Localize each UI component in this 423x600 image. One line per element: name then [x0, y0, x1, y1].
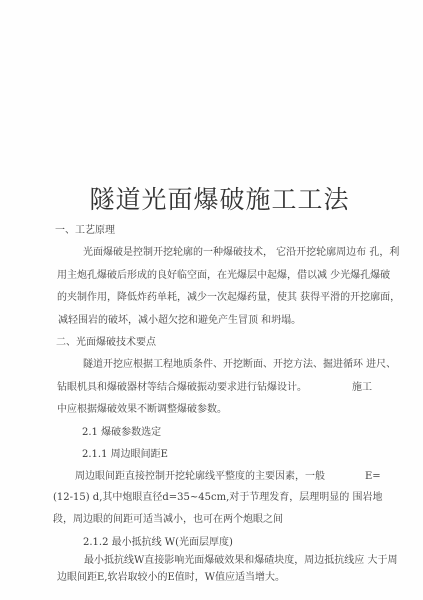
sub-heading-blast-parameters: 2.1 爆破参数选定	[82, 426, 161, 440]
paragraph-line: 的夹制作用，降低炸药单耗，减少一次起爆药量，使其 获得平滑的开挖廓面，	[57, 291, 400, 305]
paragraph-line: 隧道开挖应根据工程地质条件、开挖断面、开挖方法、掘进循环 进尺、	[83, 358, 396, 372]
paragraph-line: 中应根据爆破效果不断调整爆破参数。	[57, 403, 227, 417]
section-heading-technical-points: 二、光面爆破技术要点	[56, 336, 156, 350]
paragraph-line: 段，周边眼的间距可适当减小，也可在两个炮眼之间	[53, 513, 283, 527]
paragraph-line: 减轻围岩的破坏，减小超欠挖和避免产生冒顶 和坍塌。	[58, 314, 301, 328]
document-title: 隧道光面爆破施工工法	[8, 180, 423, 216]
paragraph-line: 周边眼间距直接控制开挖轮廓线平整度的主要因素，一般 E=	[75, 470, 381, 484]
paragraph-line: 光面爆破是控制开挖轮廓的一种爆破技术， 它沿开挖轮廓周边布 孔，利	[83, 246, 399, 260]
paragraph-line: (12-15) d,其中炮眼直径d=35~45cm,对于节理发育，层理明显的 围…	[53, 491, 382, 505]
sub-heading-minimum-resistance-line: 2.1.2 最小抵抗线 W(光面层厚度)	[83, 536, 233, 550]
document-page: 隧道光面爆破施工工法 一、工艺原理 光面爆破是控制开挖轮廓的一种爆破技术， 它沿…	[0, 0, 423, 600]
paragraph-line: 边眼间距E,软岩取较小的E值时，W值应适当增大。	[57, 571, 285, 585]
paragraph-line: 用主炮孔爆破后形成的良好临空面，在光爆层中起爆，借以减 少光爆孔爆破	[57, 269, 390, 283]
sub-heading-perimeter-hole-spacing: 2.1.1 周边眼间距E	[82, 448, 168, 462]
section-heading-process-principle: 一、工艺原理	[55, 224, 115, 238]
paragraph-line: 钻眼机具和爆破器材等结合爆破振动要求进行钻爆设计。 施工	[57, 381, 372, 395]
paragraph-line: 最小抵抗线W直接影响光面爆破效果和爆碴块度，周边抵抗线应 大于周	[84, 554, 397, 568]
